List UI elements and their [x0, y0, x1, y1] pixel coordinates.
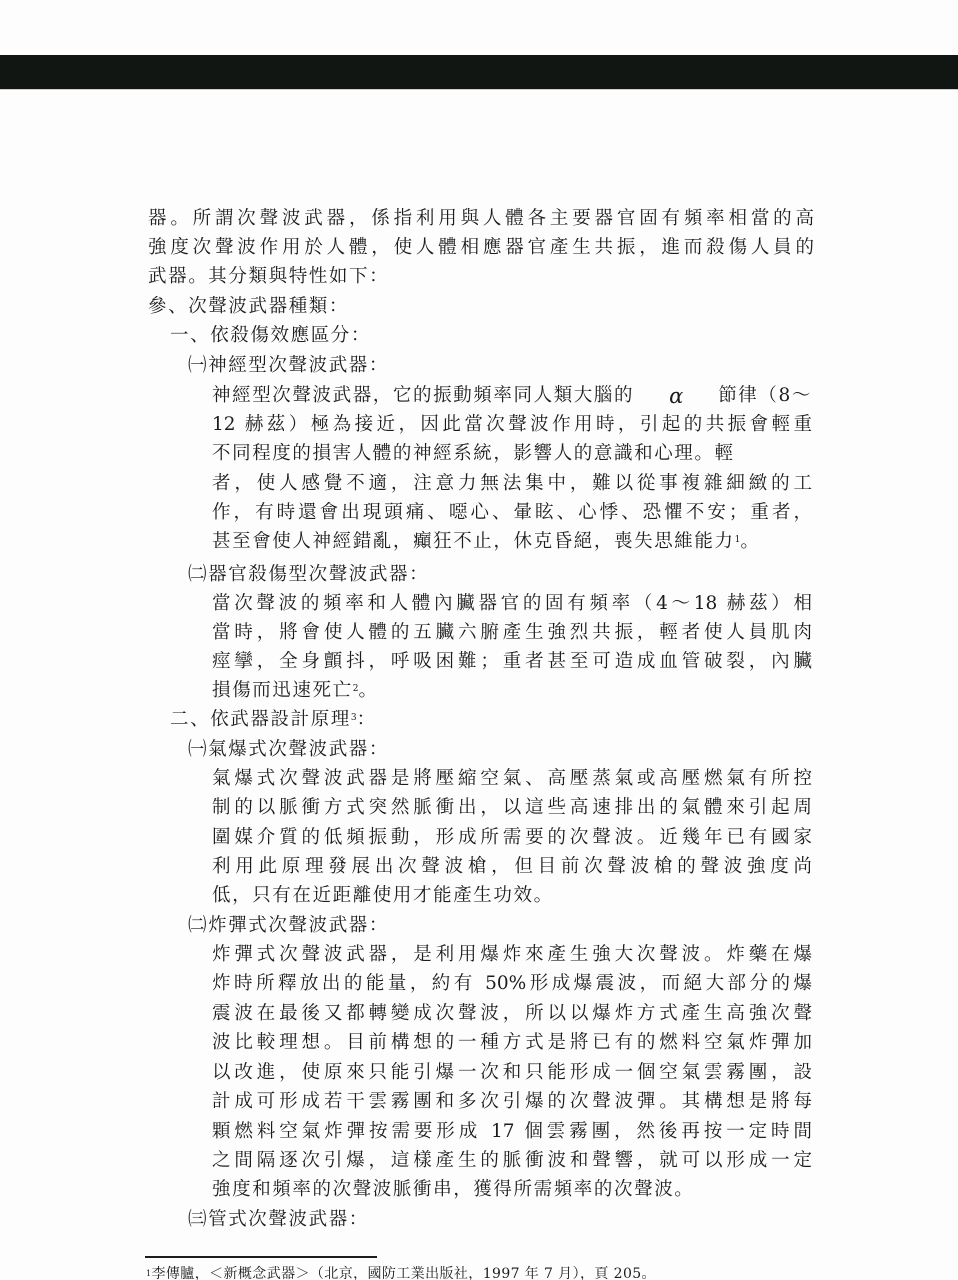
part1-item1-heading: ㈠神經型次聲波武器： — [188, 354, 389, 378]
section-heading: 參、次聲波武器種類： — [148, 295, 349, 319]
part2-item2-line-1: 炸彈式次聲波武器，是利用爆炸來產生強大次聲波。炸藥在爆 — [212, 943, 812, 967]
footnote-1: 1李傳臚，＜新概念武器＞（北京，國防工業出版社，1997 年 7 月），頁 20… — [146, 1266, 656, 1280]
part2-item1-line-5: 低，只有在近距離使用才能產生功效。 — [212, 884, 554, 908]
text-segment: 。 — [358, 680, 378, 701]
footnote-ref-2[interactable]: 2 — [353, 684, 359, 694]
footnote-divider — [145, 1256, 377, 1258]
text-segment: 二、依武器設計原理 — [170, 709, 351, 730]
part2-item2-line-9: 強度和頻率的次聲波脈衝串，獲得所需頻率的次聲波。 — [212, 1178, 694, 1202]
text-segment: 損傷而迅速死亡 — [212, 680, 353, 701]
intro-line-3: 武器。其分類與特性如下： — [148, 265, 389, 289]
text-segment: 甚至會使人神經錯亂，癲狂不止，休克昏絕，喪失思維能力 — [212, 531, 735, 552]
part2-item1-line-3: 圍媒介質的低頻振動，形成所需要的次聲波。近幾年已有國家 — [212, 826, 812, 850]
text-segment: ： — [357, 709, 377, 730]
part1-item1-line-3: 不同程度的損害人體的神經系統，影響人的意識和心理。輕 — [212, 442, 735, 466]
part2-item2-line-5: 以改進，使原來只能引爆一次和只能形成一個空氣雲霧團，設 — [212, 1061, 812, 1085]
part2-heading: 二、依武器設計原理3： — [170, 708, 377, 732]
part1-item2-line-1: 當次聲波的頻率和人體內臟器官的固有頻率（4～18 赫茲）相 — [212, 592, 812, 616]
text-segment: 神經型次聲波武器，它的振動頻率同人類大腦的 — [212, 384, 634, 408]
part2-item2-line-4: 波比較理想。目前構想的一種方式是將已有的燃料空氣炸彈加 — [212, 1031, 812, 1055]
part2-item1-line-1: 氣爆式次聲波武器是將壓縮空氣、高壓蒸氣或高壓燃氣有所控 — [212, 767, 812, 791]
text-segment: 節律（8～ — [718, 384, 812, 408]
text-segment: 。 — [740, 531, 760, 552]
part2-item2-line-6: 計成可形成若干雲霧團和多次引爆的次聲波彈。其構想是將每 — [212, 1090, 812, 1114]
part2-item1-heading: ㈠氣爆式次聲波武器： — [188, 738, 389, 762]
footnote-text: 李傳臚，＜新概念武器＞（北京，國防工業出版社，1997 年 7 月），頁 205… — [152, 1266, 656, 1280]
alpha-symbol: α — [669, 384, 683, 408]
part2-item1-line-4: 利用此原理發展出次聲波槍，但目前次聲波槍的聲波強度尚 — [212, 855, 812, 879]
part1-item2-heading: ㈡器官殺傷型次聲波武器： — [188, 563, 429, 587]
part1-item1-line-2: 12 赫茲）極為接近，因此當次聲波作用時，引起的共振會輕重 — [212, 413, 812, 437]
document-page: 器。所謂次聲波武器，係指利用與人體各主要器官固有頻率相當的高 強度次聲波作用於人… — [0, 0, 958, 1280]
footnote-ref-1[interactable]: 1 — [735, 535, 741, 545]
part1-heading: 一、依殺傷效應區分： — [170, 324, 371, 348]
part2-item2-line-2: 炸時所釋放出的能量，約有 50%形成爆震波，而絕大部分的爆 — [212, 972, 812, 996]
footnote-ref-3[interactable]: 3 — [351, 713, 357, 723]
part1-item2-line-3: 痙攣，全身顫抖，呼吸困難；重者甚至可造成血管破裂，內臟 — [212, 650, 812, 674]
part2-item3-heading: ㈢管式次聲波武器： — [188, 1208, 369, 1232]
part1-item1-line-4: 者，使人感覺不適，注意力無法集中，難以從事複雜細緻的工 — [212, 472, 812, 496]
intro-line-2: 強度次聲波作用於人體，使人體相應器官產生共振，進而殺傷人員的 — [148, 236, 814, 260]
part2-item2-line-8: 之間隔逐次引爆，這樣產生的脈衝波和聲響，就可以形成一定 — [212, 1149, 812, 1173]
intro-line-1: 器。所謂次聲波武器，係指利用與人體各主要器官固有頻率相當的高 — [148, 207, 814, 231]
part2-item1-line-2: 制的以脈衝方式突然脈衝出，以這些高速排出的氣體來引起周 — [212, 796, 812, 820]
part2-item2-line-3: 震波在最後又都轉變成次聲波，所以以爆炸方式產生高強次聲 — [212, 1002, 812, 1026]
part1-item1-line-1: 神經型次聲波武器，它的振動頻率同人類大腦的 α 節律（8～ — [212, 384, 812, 408]
part1-item2-line-4: 損傷而迅速死亡2。 — [212, 679, 379, 703]
part1-item2-line-2: 當時，將會使人體的五臟六腑產生強烈共振，輕者使人員肌肉 — [212, 621, 812, 645]
part2-item2-heading: ㈡炸彈式次聲波武器： — [188, 914, 389, 938]
part1-item1-line-5: 作，有時還會出現頭痛、噁心、暈眩、心悸、恐懼不安；重者， — [212, 501, 812, 525]
part1-item1-line-6: 甚至會使人神經錯亂，癲狂不止，休克昏絕，喪失思維能力1。 — [212, 530, 760, 554]
part2-item2-line-7: 顆燃料空氣炸彈按需要形成 17 個雲霧團，然後再按一定時間 — [212, 1120, 812, 1144]
